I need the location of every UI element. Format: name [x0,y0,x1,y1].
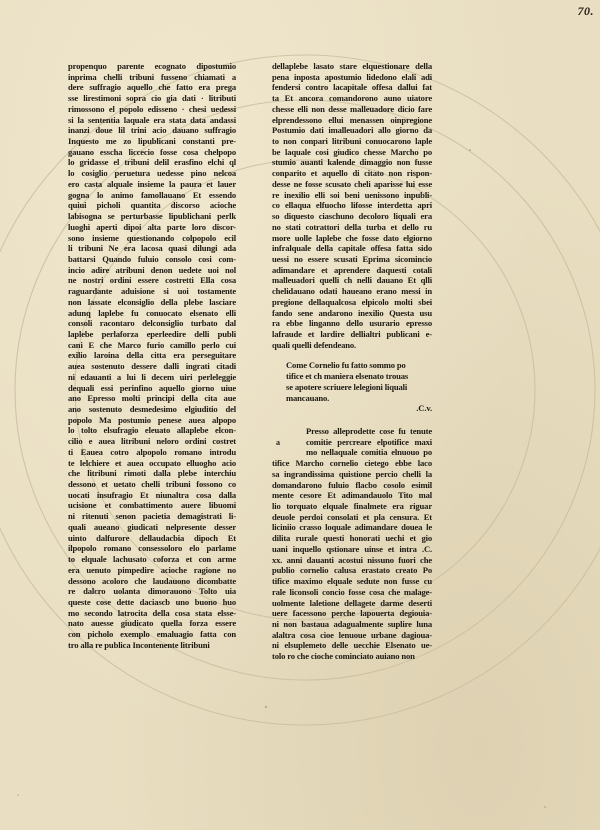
text-line: labisogna se perturbasse lipublichani pe… [68,211,236,222]
text-line: dere suffragio aquello che fatto era pre… [68,82,236,93]
left-text-column: propenquo parente ecognato dipostumioinp… [68,61,236,651]
text-line: mente cesore Et adimandauolo Tito mal [272,490,432,501]
text-line: si la sententia laquale era stata data a… [68,115,236,126]
text-line: infralquale della capitale offesa fatta … [272,243,432,254]
text-line: desse ne fosse scusato cheli aparisse lu… [272,179,432,190]
text-line: co ellaqua elfuocho lifosse interdetta a… [272,200,432,211]
text-line: inprima chelli tribuni fusseno chiamati … [68,72,236,83]
initial-guide-letter: a [276,438,280,449]
text-line: gauano esscha liccecio fosse cosa chelpo… [68,147,236,158]
text-line: quiui picholi quantita discorso acioche [68,200,236,211]
text-line: luoghi aperti dipoi alta parte loro disc… [68,222,236,233]
text-line: mancauano. [286,393,432,404]
text-line: conparito et aquello di citato non rispo… [272,168,432,179]
text-line: tifice Marcho cornelio cietego ebbe laco [272,458,432,469]
text-line: malleuadori quelli ch nelli dauano Et ql… [272,275,432,286]
text-line: more uolle laplebe che fosse dato elgior… [272,233,432,244]
text-line: queste cose dette daciascb uno buono huo [68,597,236,608]
text-line: rale liconsoli concio fosse cosa che mal… [272,587,432,598]
chapter-heading: Come Cornelio fu fatto sommo potifice et… [286,360,432,403]
text-line: pregione dellaqualcosa elpicolo molti sb… [272,297,432,308]
text-line: xx. anni dauanti acostui nissuno fuori c… [272,555,432,566]
text-line: publio cornelio calusa erastato creato P… [272,565,432,576]
text-line: ra ebbe linganno dello usurario epresso [272,318,432,329]
text-line: uinto dalfurore dellaudacbia dipoch Et [68,533,236,544]
text-line: be laquale cosi giudico chesse Marcho po [272,147,432,158]
text-line: lio torquato elquale finalmete era rigua… [272,501,432,512]
text-line: exilio laroina della citta era perseguit… [68,350,236,361]
text-line: fando sene andarono inexilio Questa usu [272,308,432,319]
text-line: laplebe perlaforza eperleedire delli pub… [68,329,236,340]
text-line: sse lirestimoni sopra cio gia dati · lit… [68,93,236,104]
text-line: elprendessono ellui menassen oinpregione [272,115,432,126]
text-line: dessono acoloro che laudauono dicombatte [68,576,236,587]
text-line: ero casta alquale insieme la paura et la… [68,179,236,190]
text-line: fendersi contro lacapitale offesa dallui… [272,82,432,93]
text-line: adimandare et aprendere daquesti cotali [272,265,432,276]
text-line: uessi no essere scusati Eprima sicominci… [272,254,432,265]
text-line: deuole perdoi consolati et pla censura. … [272,512,432,523]
text-line: stumio auanti kalende dimaggio non fusse [272,157,432,168]
text-line: ni non bastaua adagualmente suplire luna [272,619,432,630]
text-line: che litribuni rimoti dalla plebe interch… [68,468,236,479]
text-line: lo cosiglio peruetura uedesse pino nelco… [68,168,236,179]
text-line: re dalcro uolanta dimorauono Tolto uia [68,586,236,597]
text-line: Inquesto me zo lipublicani constanti pre… [68,136,236,147]
text-line: ano Epresso molti principi della cita au… [68,393,236,404]
text-line: mo secondo latrocita della cosa stata el… [68,608,236,619]
text-line: liciniio crasso loquale adimandare douea… [272,522,432,533]
text-line: dellaplebe lasato stare elquestionare de… [272,61,432,72]
text-line: Postumio dati imalleuadori allo giorno d… [272,125,432,136]
text-line: alaltra cosa cioe lenuoue urbane dagioua… [272,630,432,641]
text-line: ni elsuplemeto delle uecchie Elsenato ue… [272,640,432,651]
text-line: dilita rurale questi honorati uechi et g… [272,533,432,544]
folio-number: 70. [578,4,595,19]
text-line: incio adire atribuni denon uedete uoi no… [68,265,236,276]
text-line: cani E che Marco furio camillo perlo cui [68,340,236,351]
text-line: lo tolto elsufragio eleuato allaplebe el… [68,425,236,436]
text-line: ilpopolo romano consessoloro elo parlame [68,543,236,554]
text-line: comitie percreare elpotifice maxi [272,437,432,448]
text-line: cilio e auea litribuni neloro ordini cos… [68,436,236,447]
text-line: ne nostri ordini essere costretti Ella c… [68,275,236,286]
text-line: lo gridasse el tribuni delil erasfino el… [68,157,236,168]
text-line: non lassate elconsiglio della plebe lasc… [68,297,236,308]
text-line: Presso alleprodette cose fu tenute [272,426,432,437]
chapter-number: .C.v. [272,403,432,414]
text-line: pena inposta apostumio lidedono elali ad… [272,72,432,83]
text-line: auea sostenuto dessere dalli ingrati cit… [68,361,236,372]
text-line: lafraude et lardire dellialtri publicani… [272,329,432,340]
text-line: uere facessono perche lapouerta degiouia… [272,608,432,619]
text-line: dessono et uetato chelli tribuni fossono… [68,479,236,490]
text-line: ta Et ancora comandorono auno uiatore [272,93,432,104]
text-line: inanzi doue lil trini acio dauano suffra… [68,125,236,136]
text-line: raguardante aduisione si uoi tostamente [68,286,236,297]
text-line: quali quelli defendeano. [272,340,432,351]
text-line: mo nellaquale comitia elnuouo po [272,447,432,458]
text-line: sono insieme questionando colpopolo ecil [68,233,236,244]
text-line: uolmente laletione dellagete darme deser… [272,598,432,609]
text-line: chelidauano odati haueano erano messi in [272,286,432,297]
text-line: consoli racontaro delconsiglio turbato d… [68,318,236,329]
text-line: battarsi Quando fuluio consolo cosi com- [68,254,236,265]
text-line: ti Eauea cotro alpopolo romano introdu [68,447,236,458]
text-line: propenquo parente ecognato dipostumio [68,61,236,72]
text-line: popolo Ma postumio penese auea alpopo [68,415,236,426]
text-line: sa ingrandissima quistione percio chelli… [272,469,432,480]
text-line: ni edauanti a lui li decem uiri perleleg… [68,372,236,383]
text-line: tifice et ch maniera elsenato trouas [286,371,432,382]
text-line: uani inquello qstionare uinse et intra .… [272,544,432,555]
text-line: to non conpari litribuni conuocarono lap… [272,136,432,147]
text-line: tro alla re publica Incontenente litribu… [68,640,236,651]
text-line: tolo ro che cioche cominciato auiano non [272,651,432,662]
text-line: tifice maximo elquale sedute non fusse c… [272,576,432,587]
text-line: li tribuni Ne era lacosa quasi dilungi a… [68,243,236,254]
text-line: con picholo exemplo emaluagio fatta con [68,629,236,640]
text-line: ano sostenuto desmedesimo elgiuditio del [68,404,236,415]
text-line: nato auesse giudicato quella forza esser… [68,618,236,629]
text-line: rimossono el popolo edisseno · chesi ued… [68,104,236,115]
text-line: se apotere scriuere lelegioni liquali [286,382,432,393]
paragraph-continuation: dellaplebe lasato stare elquestionare de… [272,61,432,350]
text-line: Come Cornelio fu fatto sommo po [286,360,432,371]
text-line: re inexilio elli soi beni uenissono inpu… [272,190,432,201]
text-line: so diquesto ciaschuno decoloro liquali e… [272,211,432,222]
text-line: dequali essi perinfino aquello giorno ui… [68,383,236,394]
text-line: uocati insufragio Et niunaltra cosa dall… [68,490,236,501]
text-line: domandarono fuluio flacbo cosolo esimil [272,480,432,491]
text-line: ni ritenuti senon pacietia demagistrati … [68,511,236,522]
manuscript-page: 70. propenquo parente ecognato dipostumi… [0,0,600,830]
text-line: chesse elli non desse malleuadore dicio … [272,104,432,115]
chapter-paragraph: a Presso alleprodette cose fu tenutecomi… [272,426,432,662]
right-text-column: dellaplebe lasato stare elquestionare de… [272,61,432,662]
text-line: to elquale lachusato coforza et con arme [68,554,236,565]
text-line: no stati cotrattori della turba et dello… [272,222,432,233]
text-line: quali aueano giudicati nelpresente desse… [68,522,236,533]
text-line: gogna lo animo famollauano Et essendo [68,190,236,201]
text-line: adunq laplebe fu conuocato elsenato elli [68,308,236,319]
text-line: ucisione et combattimento auere libuomi [68,500,236,511]
text-line: era uenuto pimpedire acioche ragione no [68,565,236,576]
text-line: te lelchiere et auea occupato elluogho a… [68,458,236,469]
